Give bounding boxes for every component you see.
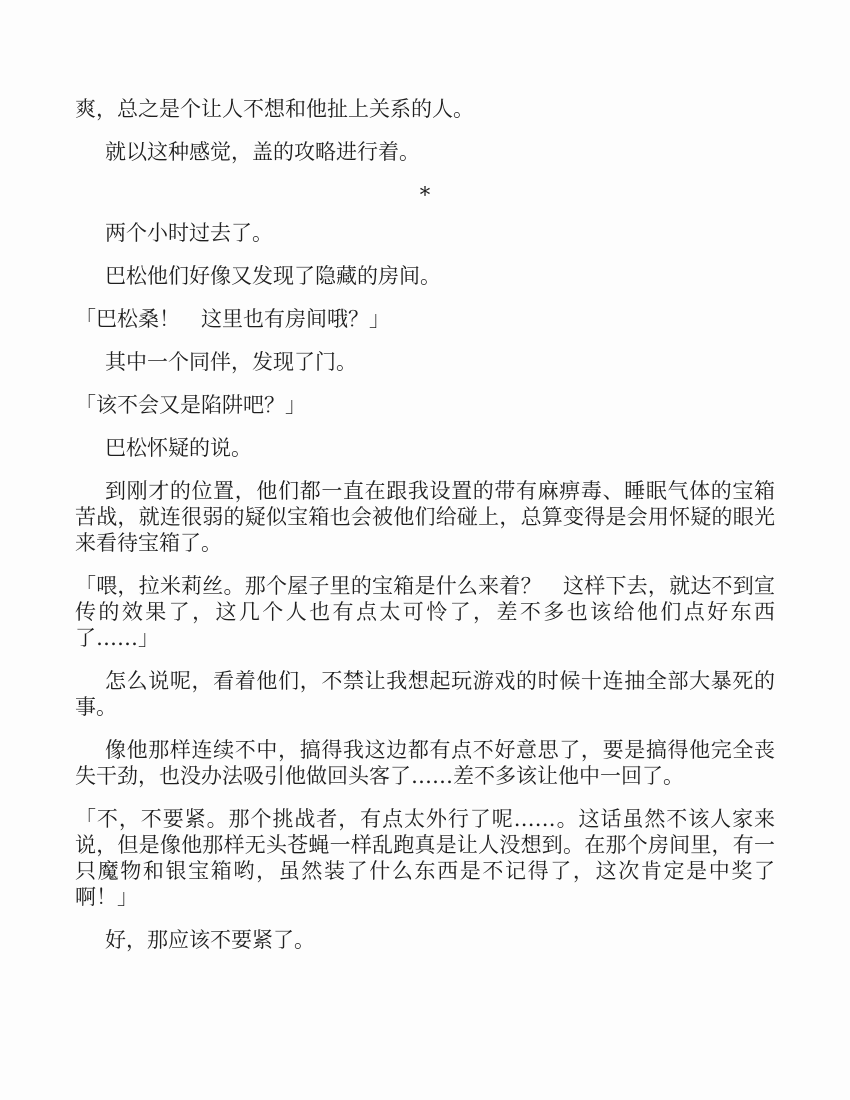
paragraph: 两个小时过去了。 xyxy=(75,220,775,246)
paragraph-dialogue: 「不，不要紧。那个挑战者，有点太外行了呢……。这话虽然不该人家来说，但是像他那样… xyxy=(75,806,775,910)
paragraph: 好，那应该不要紧了。 xyxy=(75,927,775,953)
paragraph-dialogue: 「巴松桑！ 这里也有房间哦？」 xyxy=(75,306,775,332)
scene-break-asterisk: * xyxy=(75,182,775,208)
novel-page: 爽，总之是个让人不想和他扯上关系的人。 就以这种感觉，盖的攻略进行着。 * 两个… xyxy=(0,0,850,1100)
paragraph: 怎么说呢，看着他们，不禁让我想起玩游戏的时候十连抽全部大暴死的事。 xyxy=(75,668,775,720)
paragraph: 像他那样连续不中，搞得我这边都有点不好意思了，要是搞得他完全丧失干劲，也没办法吸… xyxy=(75,737,775,789)
paragraph: 爽，总之是个让人不想和他扯上关系的人。 xyxy=(75,96,775,122)
paragraph-dialogue: 「喂，拉米莉丝。那个屋子里的宝箱是什么来着？ 这样下去，就达不到宣传的效果了，这… xyxy=(75,573,775,651)
paragraph: 巴松怀疑的说。 xyxy=(75,435,775,461)
paragraph: 其中一个同伴，发现了门。 xyxy=(75,349,775,375)
paragraph: 巴松他们好像又发现了隐藏的房间。 xyxy=(75,263,775,289)
page-content: 爽，总之是个让人不想和他扯上关系的人。 就以这种感觉，盖的攻略进行着。 * 两个… xyxy=(75,96,775,953)
paragraph-dialogue: 「该不会又是陷阱吧？」 xyxy=(75,392,775,418)
paragraph: 到刚才的位置，他们都一直在跟我设置的带有麻痹毒、睡眠气体的宝箱苦战，就连很弱的疑… xyxy=(75,478,775,556)
paragraph: 就以这种感觉，盖的攻略进行着。 xyxy=(75,139,775,165)
